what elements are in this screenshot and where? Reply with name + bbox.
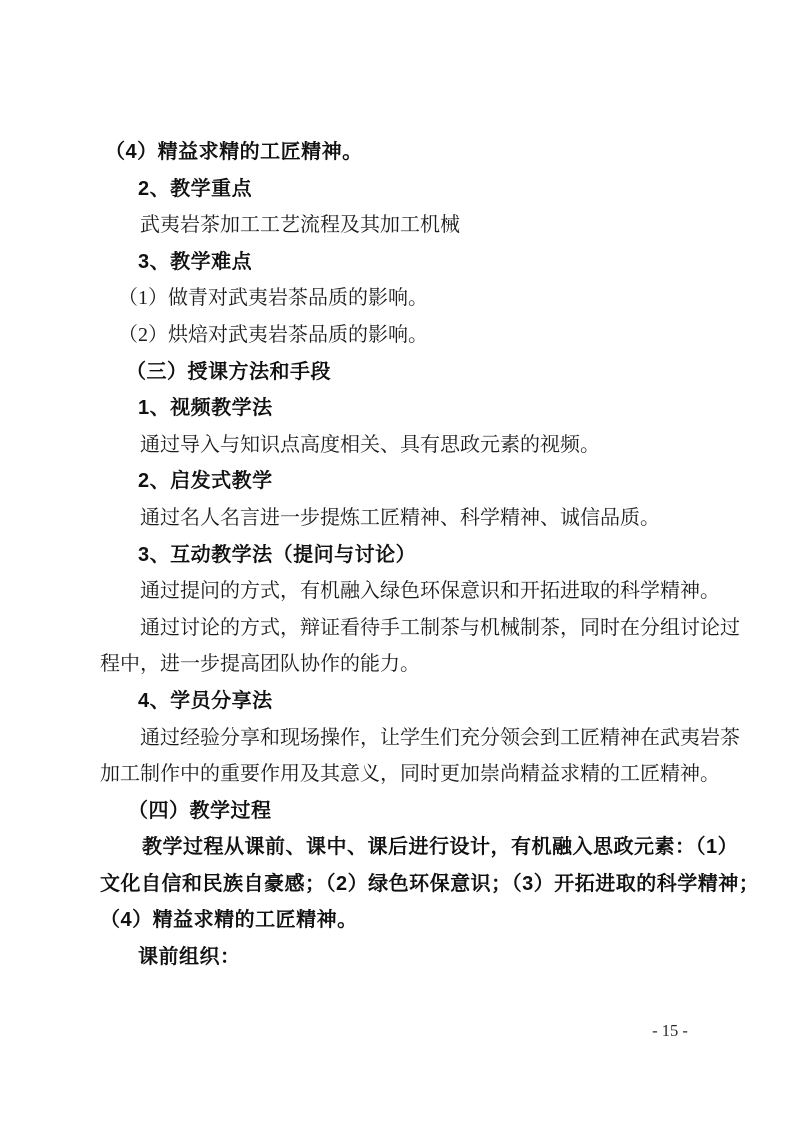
text-line: 通过名人名言进一步提炼工匠精神、科学精神、诚信品质。 <box>140 500 710 537</box>
text-line: 2、启发式教学 <box>138 463 710 500</box>
text-line: 3、互动教学法（提问与讨论） <box>138 537 710 574</box>
text-line: 加工制作中的重要作用及其意义，同时更加崇尚精益求精的工匠精神。 <box>100 756 710 793</box>
text-line: 通过经验分享和现场操作，让学生们充分领会到工匠精神在武夷岩茶 <box>140 720 710 757</box>
text-line: （1）做青对武夷岩茶品质的影响。 <box>118 280 710 317</box>
text-line: 课前组织： <box>138 939 710 976</box>
text-line: （三）授课方法和手段 <box>126 354 710 391</box>
text-line: 程中，进一步提高团队协作的能力。 <box>100 646 710 683</box>
page-number: - 15 - <box>640 1021 700 1041</box>
document-page: （4）精益求精的工匠精神。2、教学重点武夷岩茶加工工艺流程及其加工机械3、教学难… <box>0 0 794 1123</box>
text-line: 通过提问的方式，有机融入绿色环保意识和开拓进取的科学精神。 <box>140 573 710 610</box>
text-line: 4、学员分享法 <box>138 683 710 720</box>
text-line: 3、教学难点 <box>138 244 710 281</box>
text-line: 武夷岩茶加工工艺流程及其加工机械 <box>140 207 710 244</box>
text-line: 1、视频教学法 <box>138 390 710 427</box>
text-line: （四）教学过程 <box>128 793 710 830</box>
document-body: （4）精益求精的工匠精神。2、教学重点武夷岩茶加工工艺流程及其加工机械3、教学难… <box>100 134 710 976</box>
text-line: （2）烘焙对武夷岩茶品质的影响。 <box>118 317 710 354</box>
text-line: 2、教学重点 <box>138 171 710 208</box>
text-line: 教学过程从课前、课中、课后进行设计，有机融入思政元素：（1） <box>142 829 710 866</box>
text-line: 通过导入与知识点高度相关、具有思政元素的视频。 <box>140 427 710 464</box>
text-line: 通过讨论的方式，辩证看待手工制茶与机械制茶，同时在分组讨论过 <box>140 610 710 647</box>
text-line: （4）精益求精的工匠精神。 <box>100 902 710 939</box>
text-line: （4）精益求精的工匠精神。 <box>105 134 710 171</box>
text-line: 文化自信和民族自豪感；（2）绿色环保意识；（3）开拓进取的科学精神； <box>100 866 710 903</box>
